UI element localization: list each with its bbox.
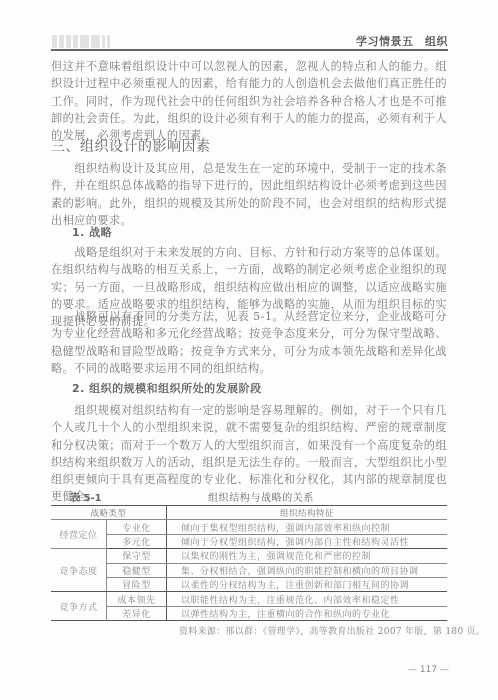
chapter-title: 学习情景五 组织 xyxy=(356,33,448,49)
table-row: 冒险型 以柔性的分权结构为主，注重创新和部门相互间的协调 xyxy=(51,577,447,591)
table-source-note: 资料来源：邢以群：《管理学》，高等教育出版社 2007 年版，第 180 页。 xyxy=(179,624,485,637)
header-strategy-type: 战略类型 xyxy=(51,506,167,520)
table-row: 竞争方式 成本领先 以职能性结构为主，注重规范化、内部效率和稳定性 xyxy=(51,592,447,606)
type-cell: 保守型 xyxy=(107,549,167,563)
page-number: — 117 — xyxy=(408,665,449,675)
strategy-structure-table: 战略类型 组织结构特征 经营定位 专业化 倾向于集权型组织结构，强调内部效率和纵… xyxy=(51,505,447,621)
table-row: 多元化 倾向于分权型组织结构，强调内部自主性和结构灵活性 xyxy=(51,534,447,548)
feature-cell: 集、分权相结合，强调纵向的职能控制和横向的项目协调 xyxy=(167,563,448,577)
type-cell: 多元化 xyxy=(107,534,167,548)
table-row: 差异化 以弹性结构为主，注重横向的合作和纵向的专业化 xyxy=(51,606,447,620)
feature-cell: 以弹性结构为主，注重横向的合作和纵向的专业化 xyxy=(167,606,448,620)
feature-cell: 以职能性结构为主，注重规范化、内部效率和稳定性 xyxy=(167,592,448,606)
category-cell: 竞争态度 xyxy=(51,549,107,592)
paragraph-strategy-2: 战略可以有不同的分类方法，见表 5-1。从经营定位来分，企业战略可分为专业化经营… xyxy=(51,308,447,377)
table-row: 稳健型 集、分权相结合，强调纵向的职能控制和横向的项目协调 xyxy=(51,563,447,577)
header-structure-feature: 组织结构特征 xyxy=(167,506,448,520)
category-cell: 竞争方式 xyxy=(51,592,107,621)
type-cell: 差异化 xyxy=(107,606,167,620)
section-heading: 三、组织设计的影响因素 xyxy=(51,136,211,156)
feature-cell: 以柔性的分权结构为主，注重创新和部门相互间的协调 xyxy=(167,577,448,591)
type-cell: 专业化 xyxy=(107,520,167,534)
table-header-row: 战略类型 组织结构特征 xyxy=(51,506,447,520)
feature-cell: 倾向于集权型组织结构，强调内部效率和纵向控制 xyxy=(167,520,448,534)
subheading-strategy: 1. 战略 xyxy=(72,224,112,240)
table-title: 组织结构与战略的关系 xyxy=(208,489,314,504)
table-row: 竞争态度 保守型 以集权的刚性为主，强调规范化和严密的控制 xyxy=(51,549,447,563)
header-rule xyxy=(51,49,448,51)
header-decoration xyxy=(52,35,110,48)
table-row: 经营定位 专业化 倾向于集权型组织结构，强调内部效率和纵向控制 xyxy=(51,520,447,534)
paragraph-intro: 但这并不意味着组织设计中可以忽视人的因素，忽视人的特点和人的能力。组织设计过程中… xyxy=(51,58,447,144)
feature-cell: 以集权的刚性为主，强调规范化和严密的控制 xyxy=(167,549,448,563)
type-cell: 稳健型 xyxy=(107,563,167,577)
feature-cell: 倾向于分权型组织结构，强调内部自主性和结构灵活性 xyxy=(167,534,448,548)
paragraph-section-intro: 组织结构设计及其应用，总是发生在一定的环境中，受制于一定的技术条件，并在组织总体… xyxy=(51,160,447,229)
category-cell: 经营定位 xyxy=(51,520,107,549)
table-number: 表 5-1 xyxy=(70,489,102,504)
type-cell: 冒险型 xyxy=(107,577,167,591)
subheading-scale: 2. 组织的规模和组织所处的发展阶段 xyxy=(72,380,262,396)
type-cell: 成本领先 xyxy=(107,592,167,606)
